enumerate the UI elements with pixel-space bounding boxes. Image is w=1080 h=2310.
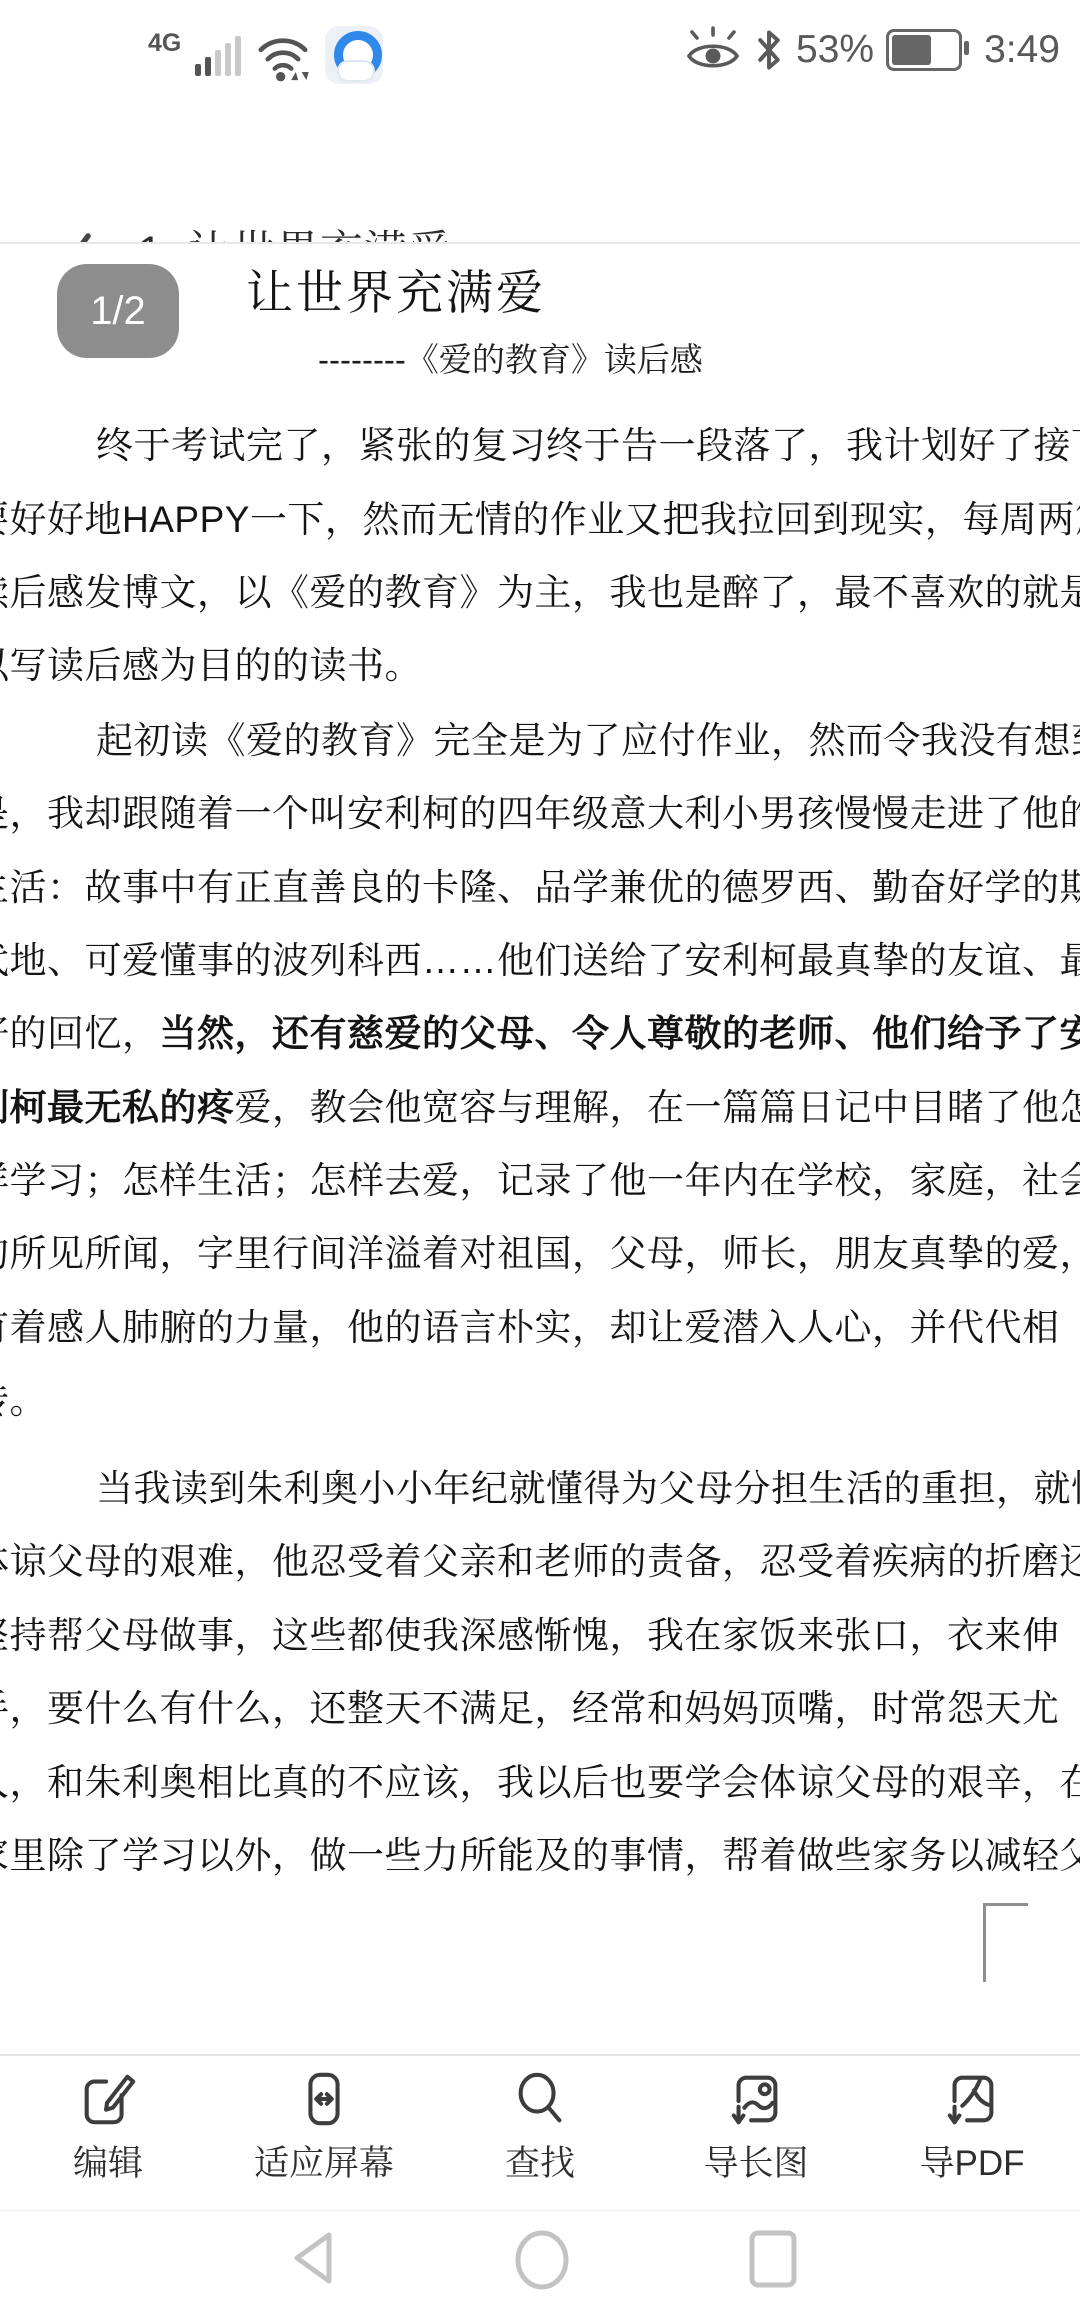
- document-title: 让世界充满爱: [246, 256, 546, 323]
- status-left-group: 4G: [148, 24, 383, 84]
- document-line: 好的回忆，当然，还有慈爱的父母、令人尊敬的老师、他们给予了安: [0, 1003, 1080, 1057]
- status-right-group: 53% 3:49: [684, 22, 1060, 78]
- document-line: 以写读后感为目的的读书。: [0, 635, 422, 689]
- status-bar: 4G 53% 3:49: [0, 0, 1080, 100]
- wifi-icon: [255, 32, 311, 84]
- android-nav-bar: [0, 2210, 1080, 2310]
- edit-button[interactable]: 编辑: [0, 2056, 216, 2212]
- document-line: 人，和朱利奥相比真的不应该，我以后也要学会体谅父母的艰辛，在: [0, 1752, 1080, 1806]
- qq-browser-icon: [325, 26, 383, 84]
- page-corner-mark: [983, 1903, 1028, 1982]
- document-line: 样学习；怎样生活；怎样去爱，记录了他一年内在学校，家庭，社会: [0, 1150, 1080, 1204]
- document-line: 手，要什么有什么，还整天不满足，经常和妈妈顶嘴，时常怨天尤: [0, 1678, 1060, 1732]
- bluetooth-icon: [754, 27, 784, 73]
- nav-back-triangle-icon[interactable]: [289, 2229, 335, 2287]
- document-line: 代地、可爱懂事的波列科西……他们送给了安利柯最真挚的友谊、最美: [0, 930, 1080, 984]
- screen: { "status_bar": { "carrier": "4G", "batt…: [0, 0, 1080, 2310]
- document-line: 是，我却跟随着一个叫安利柯的四年级意大利小男孩慢慢走进了他的: [0, 783, 1080, 837]
- toolbar-label: 查找: [505, 2136, 575, 2186]
- document-line: 传。: [0, 1370, 47, 1424]
- document-line: 读后感发博文，以《爱的教育》为主，我也是醉了，最不喜欢的就是: [0, 562, 1080, 616]
- eye-comfort-icon: [684, 26, 742, 74]
- document-line: 利柯最无私的疼爱，教会他宽容与理解，在一篇篇日记中目睹了他怎: [0, 1077, 1080, 1131]
- edit-icon: [77, 2068, 139, 2130]
- toolbar-label: 导长图: [703, 2136, 808, 2186]
- document-line: 终于考试完了，紧张的复习终于告一段落了，我计划好了接下来: [96, 415, 1080, 469]
- battery-percent-label: 53%: [796, 28, 874, 72]
- clock-label: 3:49: [984, 28, 1060, 72]
- header: 1_让世界充满爱 QQ浏览器文件服务: [0, 100, 1080, 242]
- document-line: 起初读《爱的教育》完全是为了应付作业，然而令我没有想到的: [96, 710, 1080, 764]
- export-long-image-button[interactable]: 导长图: [648, 2056, 864, 2212]
- export-pdf-icon: [941, 2068, 1003, 2130]
- document-line: 有着感人肺腑的力量，他的语言朴实，却让爱潜入人心，并代代相: [0, 1297, 1060, 1351]
- document-viewport[interactable]: 1/2 让世界充满爱 --------《爱的教育》读后感 终于考试完了，紧张的复…: [0, 244, 1080, 2054]
- toolbar-label: 编辑: [73, 2136, 143, 2186]
- document-line: 生活：故事中有正直善良的卡隆、品学兼优的德罗西、勤奋好学的斯: [0, 857, 1080, 911]
- nav-home-circle-icon[interactable]: [513, 2229, 571, 2291]
- page-indicator-badge: 1/2: [57, 264, 179, 358]
- document-line: 当我读到朱利奥小小年纪就懂得为父母分担生活的重担，就懂得: [96, 1458, 1080, 1512]
- document-line: 的所见所闻，字里行间洋溢着对祖国，父母，师长，朋友真挚的爱，: [0, 1223, 1080, 1277]
- find-button[interactable]: 查找: [432, 2056, 648, 2212]
- document-line: 体谅父母的艰难，他忍受着父亲和老师的责备，忍受着疾病的折磨还: [0, 1531, 1080, 1585]
- signal-strength-icon: [195, 24, 241, 84]
- export-long-image-icon: [725, 2068, 787, 2130]
- document-subtitle: --------《爱的教育》读后感: [318, 334, 703, 381]
- battery-icon: [886, 29, 962, 71]
- fit-screen-icon: [293, 2068, 355, 2130]
- export-pdf-button[interactable]: 导PDF: [864, 2056, 1080, 2212]
- nav-recents-square-icon[interactable]: [748, 2229, 798, 2289]
- search-icon: [509, 2068, 571, 2130]
- toolbar-label: 适应屏幕: [254, 2136, 394, 2186]
- fit-screen-button[interactable]: 适应屏幕: [216, 2056, 432, 2212]
- carrier-label: 4G: [148, 29, 181, 58]
- document-line: 要好好地HAPPY一下，然而无情的作业又把我拉回到现实，每周两篇: [0, 489, 1080, 543]
- bottom-toolbar: 编辑 适应屏幕 查找: [0, 2054, 1080, 2212]
- toolbar-label: 导PDF: [919, 2136, 1024, 2186]
- document-line: 坚持帮父母做事，这些都使我深感惭愧，我在家饭来张口，衣来伸: [0, 1605, 1060, 1659]
- document-line: 家里除了学习以外，做一些力所能及的事情，帮着做些家务以减轻父: [0, 1825, 1080, 1879]
